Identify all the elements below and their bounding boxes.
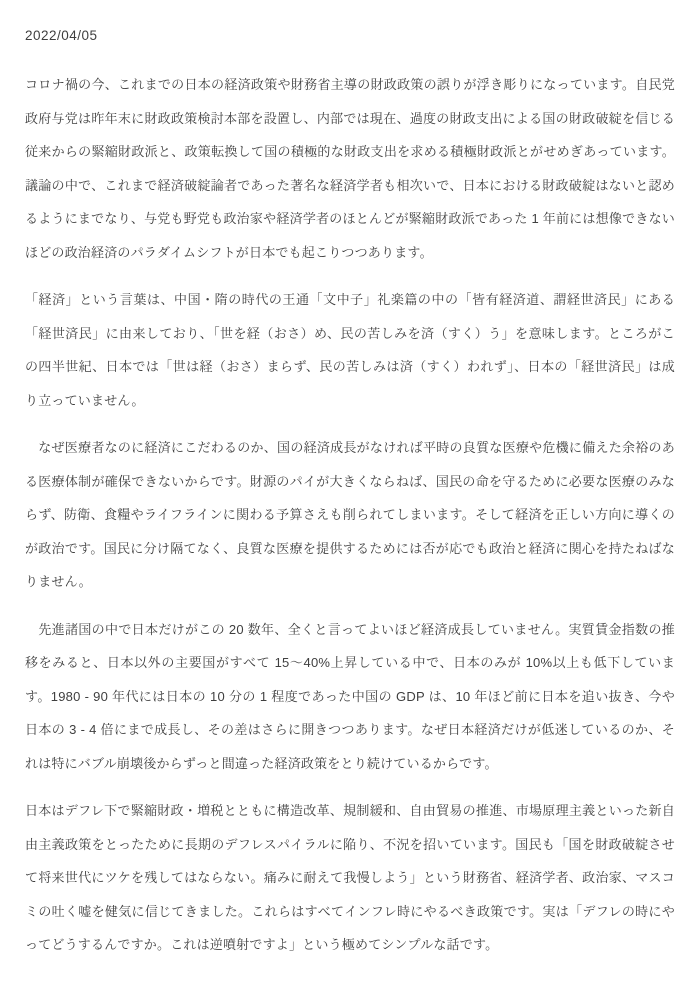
paragraph: 「経済」という言葉は、中国・隋の時代の王通「文中子」礼楽篇の中の「皆有経済道、謂… [25,283,675,417]
document-date: 2022/04/05 [25,26,675,46]
paragraph: 日本はデフレ下で緊縮財政・増税とともに構造改革、規制緩和、自由貿易の推進、市場原… [25,794,675,962]
paragraph: なぜ医療者なのに経済にこだわるのか、国の経済成長がなければ平時の良質な医療や危機… [25,431,675,599]
paragraph: 先進諸国の中で日本だけがこの 20 数年、全くと言ってよいほど経済成長していませ… [25,613,675,781]
article-body: コロナ禍の今、これまでの日本の経済政策や財務省主導の財政政策の誤りが浮き彫りにな… [25,68,675,962]
paragraph: コロナ禍の今、これまでの日本の経済政策や財務省主導の財政政策の誤りが浮き彫りにな… [25,68,675,269]
document-page: 2022/04/05 コロナ禍の今、これまでの日本の経済政策や財務省主導の財政政… [0,0,700,990]
